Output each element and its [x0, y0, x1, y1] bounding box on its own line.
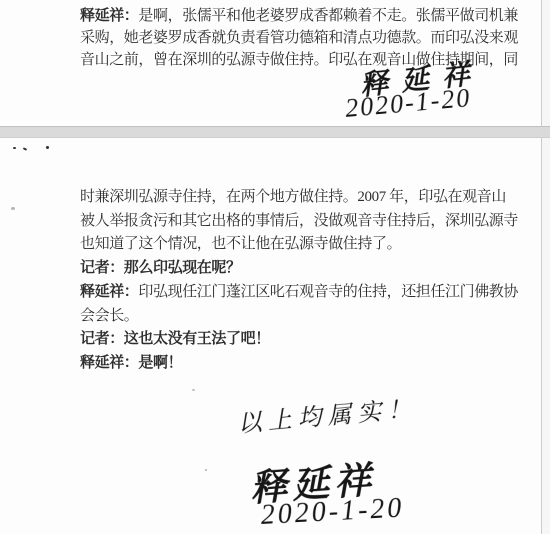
line-text: 会会长。 — [80, 308, 138, 324]
transcript-line: 记者：那么印弘现在呢？ — [80, 257, 518, 281]
transcript-line: 采购，她老婆罗成香就负责看管功德箱和清点功德款。而印弘没来观 — [80, 28, 518, 50]
ink-speck — [205, 469, 207, 471]
page-separator — [0, 126, 550, 138]
transcript-line: 释延祥：是啊，张儒平和他老婆罗成香都赖着不走。张儒平做司机兼 — [80, 6, 518, 28]
transcript-line: 时兼深圳弘源寺住持，在两个地方做住持。2007 年，印弘在观音山 — [80, 186, 518, 210]
line-text: 时兼深圳弘源寺住持，在两个地方做住持。2007 年，印弘在观音山 — [80, 189, 506, 205]
scanned-document: 释延祥：是啊，张儒平和他老婆罗成香都赖着不走。张儒平做司机兼 采购，她老婆罗成香… — [0, 0, 550, 534]
speaker-label: 释延祥：是啊！ — [80, 355, 182, 371]
transcript-text-bottom: 时兼深圳弘源寺住持，在两个地方做住持。2007 年，印弘在观音山 被人举报贪污和… — [80, 186, 518, 376]
ink-speck — [13, 147, 16, 149]
speaker-label: 释延祥： — [80, 284, 138, 300]
line-text: 是啊，张儒平和他老婆罗成香都赖着不走。张儒平做司机兼 — [138, 8, 518, 24]
transcript-line: 会会长。 — [80, 305, 518, 329]
ink-speck — [11, 207, 15, 210]
transcript-line: 被人举报贪污和其它出格的事情后，没做观音寺住持后，深圳弘源寺 — [80, 210, 518, 234]
transcript-line: 记者：这也太没有王法了吧！ — [80, 328, 518, 352]
transcript-line: 释延祥：印弘现任江门蓬江区叱石观音寺的住持，还担任江门佛教协 — [80, 281, 518, 305]
line-text: 被人举报贪污和其它出格的事情后，没做观音寺住持后，深圳弘源寺 — [80, 213, 518, 229]
ink-speck — [46, 146, 49, 149]
ink-speck — [192, 389, 195, 391]
line-text: 也知道了这个情况，也不让他在弘源寺做住持了。 — [80, 236, 401, 252]
line-text: 采购，她老婆罗成香就负责看管功德箱和清点功德款。而印弘没来观 — [80, 30, 518, 46]
transcript-line: 释延祥：是啊！ — [80, 352, 518, 376]
speaker-label: 记者：那么印弘现在呢？ — [80, 260, 241, 276]
transcript-line: 也知道了这个情况，也不让他在弘源寺做住持了。 — [80, 233, 518, 257]
scan-background-strip — [542, 0, 550, 534]
line-text: 印弘现任江门蓬江区叱石观音寺的住持，还担任江门佛教协 — [138, 284, 518, 300]
speaker-label: 释延祥： — [80, 8, 138, 24]
page-right-edge — [541, 0, 542, 534]
speaker-label: 记者：这也太没有王法了吧！ — [80, 331, 270, 347]
